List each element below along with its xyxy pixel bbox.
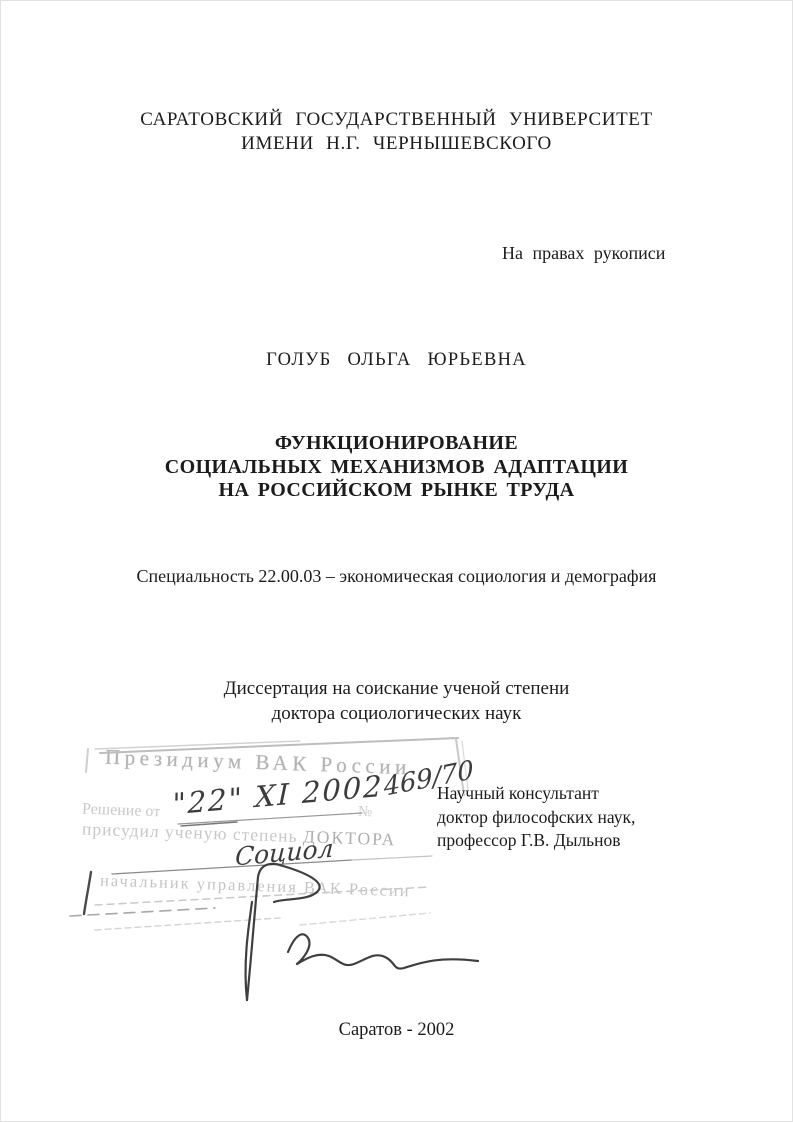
university-named-after: ИМЕНИ Н.Г. ЧЕРНЫШЕВСКОГО [0,132,793,156]
dissertation-title: ФУНКЦИОНИРОВАНИЕ СОЦИАЛЬНЫХ МЕХАНИЗМОВ А… [0,432,793,503]
title-line-3: НА РОССИЙСКОМ РЫНКЕ ТРУДА [0,479,793,503]
stamp-number-sign: № [358,804,373,821]
stamp-official-line: начальник управления ВАК России [100,871,411,902]
consultant-degree: доктор философских наук, [437,806,635,830]
title-line-1: ФУНКЦИОНИРОВАНИЕ [0,432,793,456]
handwritten-date: "22" XI 2002 [172,769,384,822]
city-year: Саратов - 2002 [0,1020,793,1041]
university-name: САРАТОВСКИЙ ГОСУДАРСТВЕННЫЙ УНИВЕРСИТЕТ [0,108,793,132]
specialty-line: Специальность 22.00.03 – экономическая с… [0,566,793,587]
university-header: САРАТОВСКИЙ ГОСУДАРСТВЕННЫЙ УНИВЕРСИТЕТ … [0,108,793,156]
dissertation-type: Диссертация на соискание ученой степени … [0,676,793,726]
dissertation-type-line-1: Диссертация на соискание ученой степени [0,676,793,701]
author-name: ГОЛУБ ОЛЬГА ЮРЬЕВНА [0,350,793,371]
manuscript-rights-note: На правах рукописи [502,243,665,264]
dissertation-type-line-2: доктора социологических наук [0,701,793,726]
consultant-block: Научный консультант доктор философских н… [437,782,635,853]
dissertation-title-page: САРАТОВСКИЙ ГОСУДАРСТВЕННЫЙ УНИВЕРСИТЕТ … [0,0,793,1122]
title-line-2: СОЦИАЛЬНЫХ МЕХАНИЗМОВ АДАПТАЦИИ [0,456,793,480]
consultant-name: профессор Г.В. Дыльнов [437,829,635,853]
